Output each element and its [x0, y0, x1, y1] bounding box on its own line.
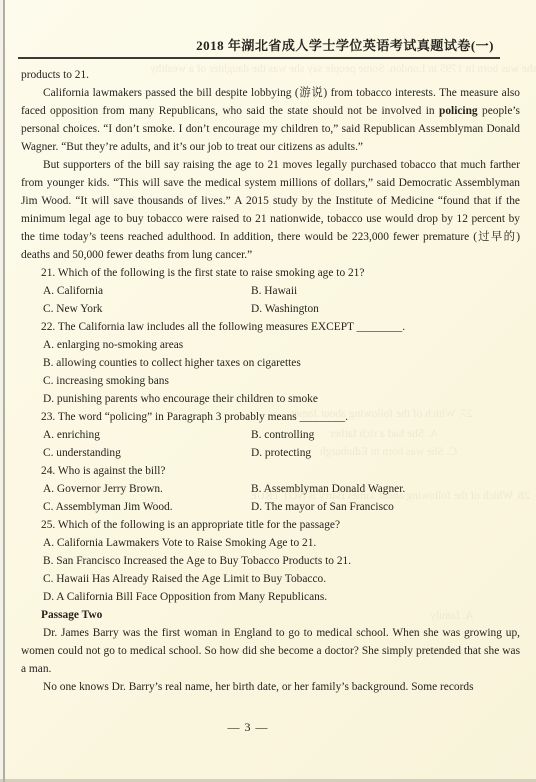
question-block-25: 25. Which of the following is an appropr… — [41, 516, 520, 606]
question-22-text: 22. The California law includes all the … — [41, 318, 520, 336]
question-block-22: 22. The California law includes all the … — [41, 318, 520, 408]
option-25-b: B. San Francisco Increased the Age to Bu… — [43, 552, 520, 570]
paragraph-california-lawmakers: California lawmakers passed the bill des… — [21, 84, 520, 156]
question-number: 21. — [41, 267, 55, 279]
option-24-b: B. Assemblyman Donald Wagner. — [251, 480, 520, 498]
option-row: A. Governor Jerry Brown. B. Assemblyman … — [43, 480, 520, 498]
question-text: Which of the following is an appropriate… — [58, 519, 340, 531]
option-row: C. New York D. Washington — [43, 300, 520, 318]
option-24-a: A. Governor Jerry Brown. — [43, 480, 251, 498]
question-23-text: 23. The word “policing” in Paragraph 3 p… — [41, 408, 520, 426]
option-21-d: D. Washington — [251, 300, 520, 318]
question-number: 22. — [41, 321, 55, 333]
option-row: C. understanding D. protecting — [43, 444, 520, 462]
paragraph-james-barry: Dr. James Barry was the first woman in E… — [21, 624, 520, 678]
question-21-text: 21. Which of the following is the first … — [41, 264, 520, 282]
option-24-d: D. The mayor of San Francisco — [251, 498, 520, 516]
question-text: The word “policing” in Paragraph 3 proba… — [58, 411, 348, 423]
page-header-title: 2018 年湖北省成人学士学位英语考试真题试卷(一) — [18, 38, 500, 59]
option-21-b: B. Hawaii — [251, 282, 520, 300]
question-text: Which of the following is the first stat… — [58, 267, 365, 279]
question-number: 24. — [41, 465, 55, 477]
page-number: — 3 — — [0, 720, 496, 735]
option-row: A. enriching B. controlling — [43, 426, 520, 444]
passage-two-heading: Passage Two — [41, 606, 520, 624]
question-25-text: 25. Which of the following is an appropr… — [41, 516, 520, 534]
option-22-c: C. increasing smoking bans — [43, 372, 520, 390]
question-block-21: 21. Which of the following is the first … — [41, 264, 520, 318]
scanned-exam-page: show that she was born in 1795 in London… — [0, 0, 536, 782]
option-22-b: B. allowing counties to collect higher t… — [43, 354, 520, 372]
question-text: The California law includes all the foll… — [58, 321, 405, 333]
question-block-24: 24. Who is against the bill? A. Governor… — [41, 462, 520, 516]
option-23-b: B. controlling — [251, 426, 520, 444]
option-23-d: D. protecting — [251, 444, 520, 462]
option-23-c: C. understanding — [43, 444, 251, 462]
carryover-line: products to 21. — [21, 66, 520, 84]
option-22-d: D. punishing parents who encourage their… — [43, 390, 520, 408]
option-23-a: A. enriching — [43, 426, 251, 444]
option-24-c: C. Assemblyman Jim Wood. — [43, 498, 251, 516]
option-25-d: D. A California Bill Face Opposition fro… — [43, 588, 520, 606]
question-number: 25. — [41, 519, 55, 531]
question-number: 23. — [41, 411, 55, 423]
option-22-a: A. enlarging no-smoking areas — [43, 336, 520, 354]
option-21-a: A. California — [43, 282, 251, 300]
paragraph-no-one-knows: No one knows Dr. Barry’s real name, her … — [21, 678, 520, 696]
question-text: Who is against the bill? — [58, 465, 166, 477]
option-21-c: C. New York — [43, 300, 251, 318]
option-row: A. California B. Hawaii — [43, 282, 520, 300]
option-25-c: C. Hawaii Has Already Raised the Age Lim… — [43, 570, 520, 588]
option-row: C. Assemblyman Jim Wood. D. The mayor of… — [43, 498, 520, 516]
scan-edge-left — [0, 0, 5, 782]
bold-word-policing: policing — [439, 105, 478, 117]
question-block-23: 23. The word “policing” in Paragraph 3 p… — [41, 408, 520, 462]
page-body: products to 21. California lawmakers pas… — [21, 66, 520, 696]
paragraph-supporters: But supporters of the bill say raising t… — [21, 156, 520, 264]
question-24-text: 24. Who is against the bill? — [41, 462, 520, 480]
option-25-a: A. California Lawmakers Vote to Raise Sm… — [43, 534, 520, 552]
